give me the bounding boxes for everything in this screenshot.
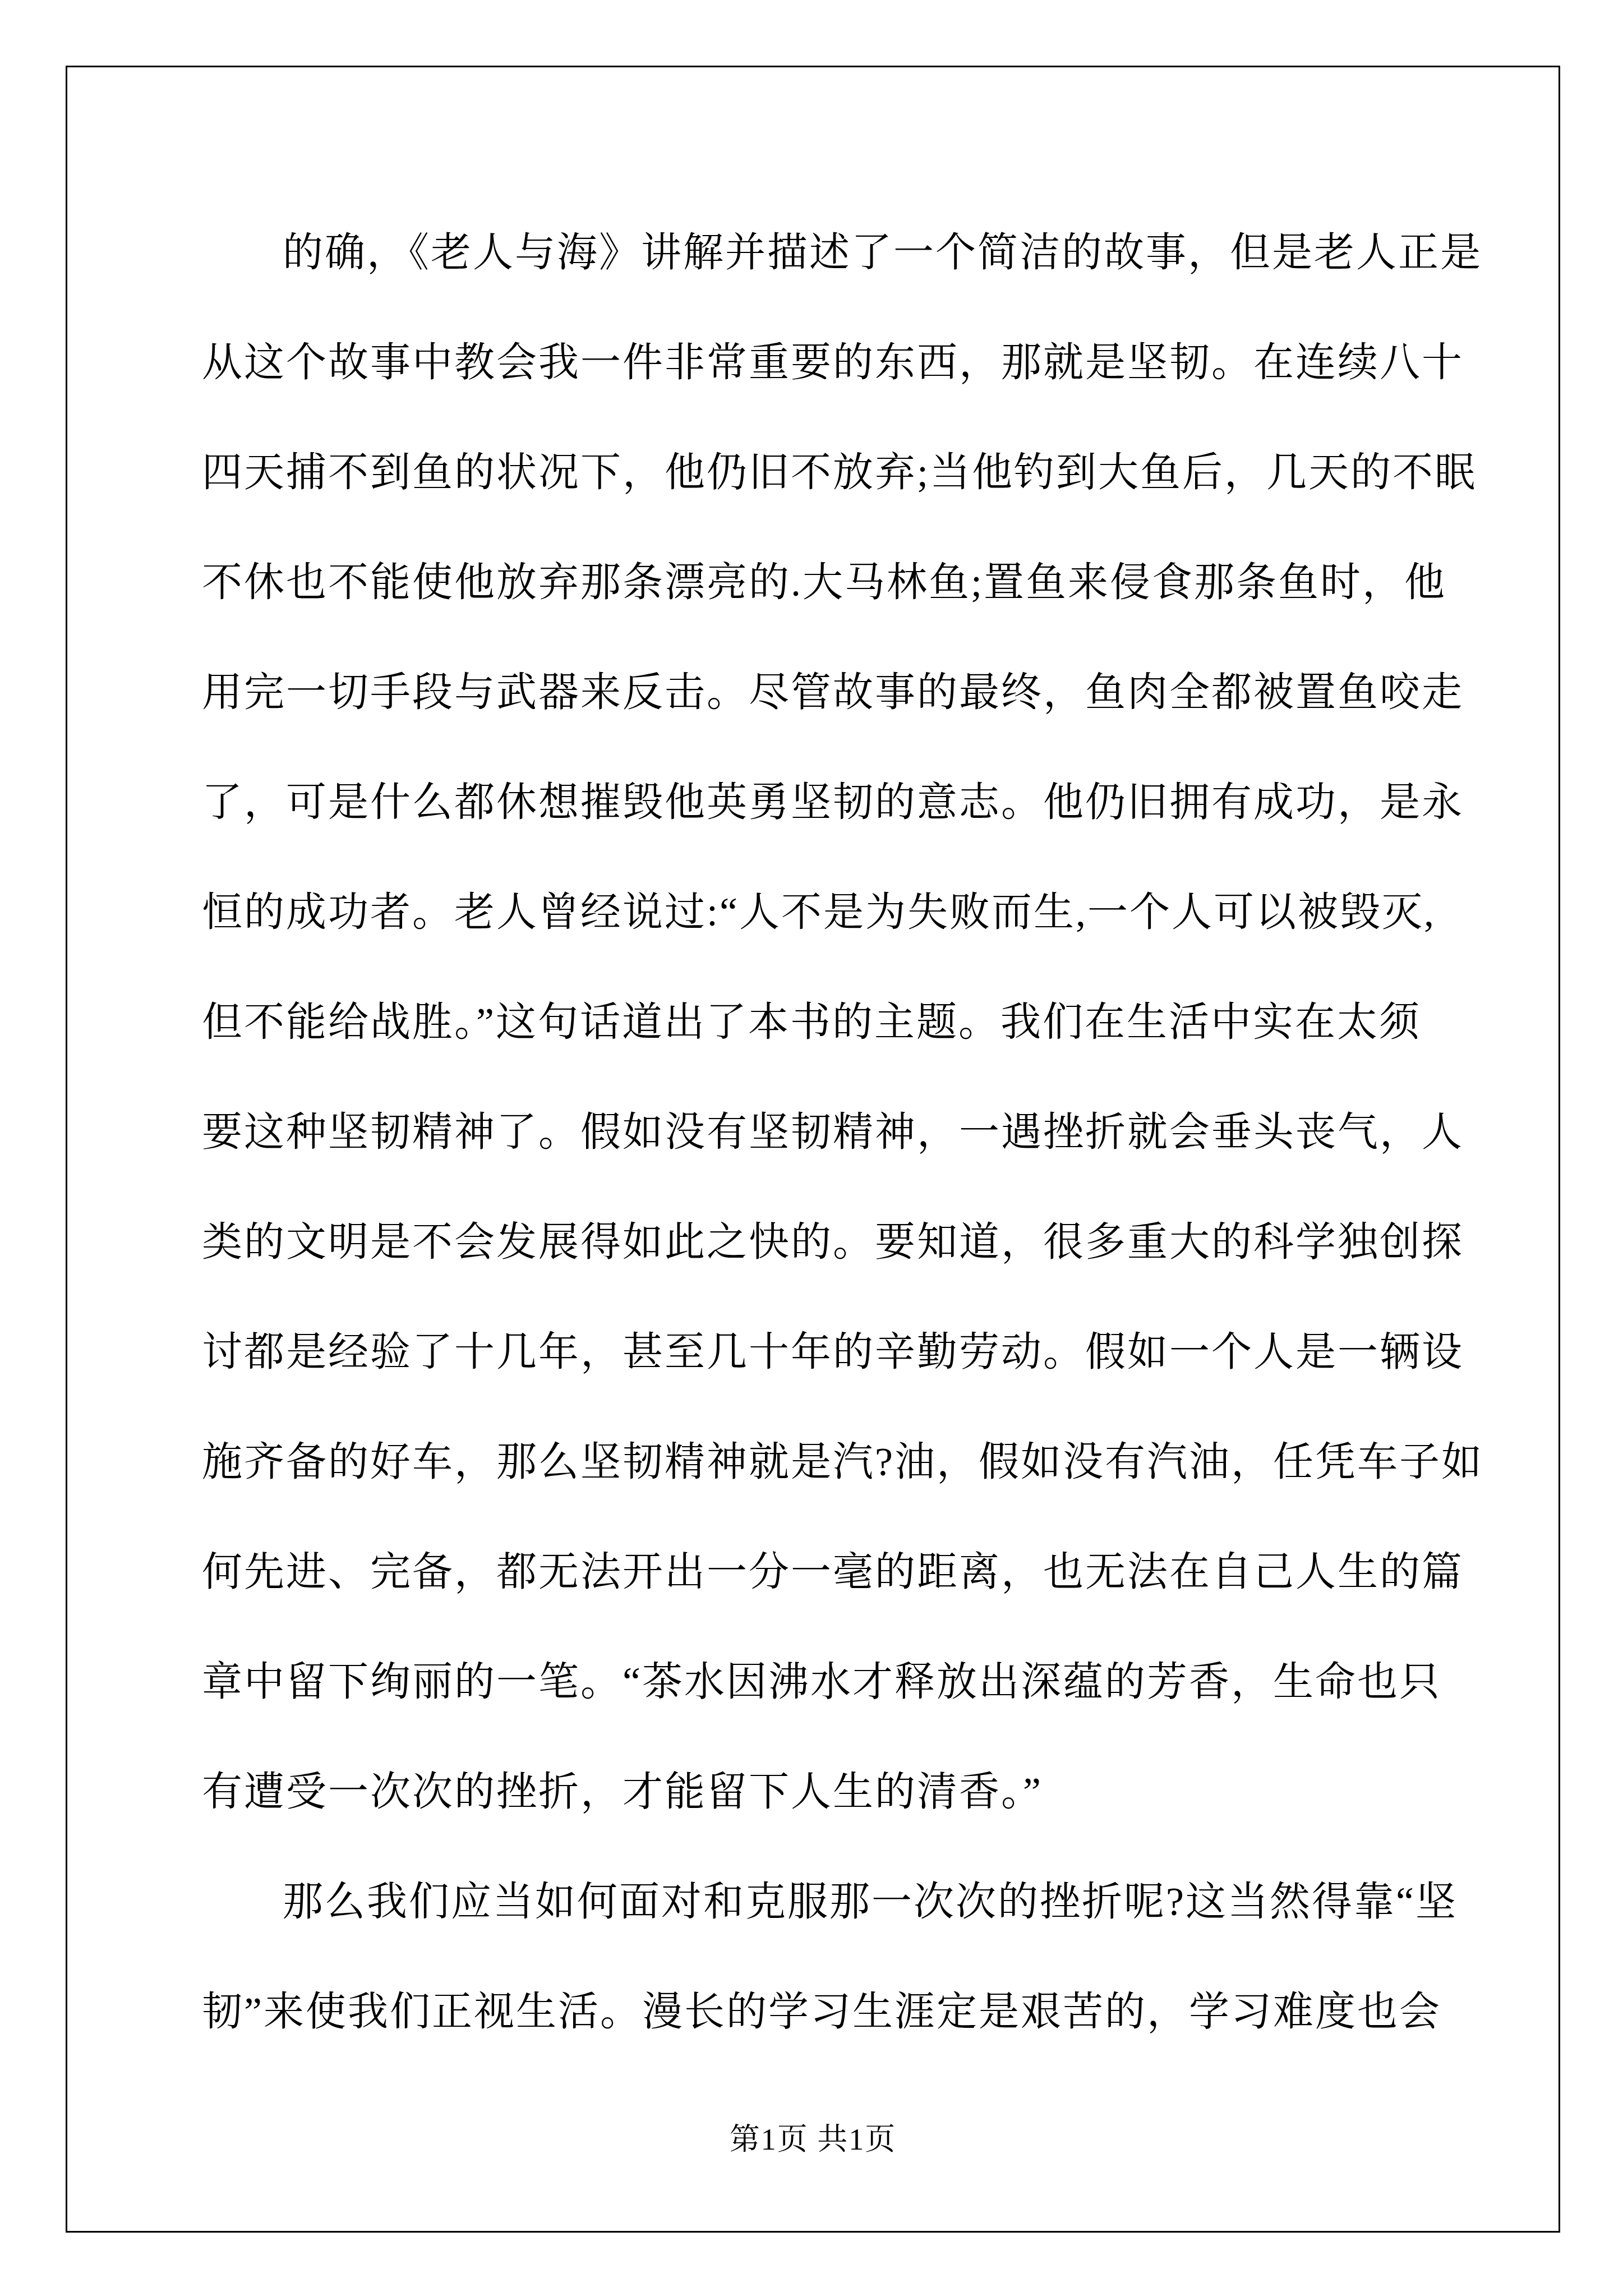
text-line-12: 施齐备的好车，那么坚韧精神就是汽?油，假如没有汽油，任凭车子如 [202,1407,1492,1517]
text-line-9: 要这种坚韧精神了。假如没有坚韧精神，一遇挫折就会垂头丧气，人 [202,1077,1492,1187]
text-line-1: 的确，《老人与海》讲解并描述了一个简洁的故事，但是老人正是 [202,197,1492,307]
essay-text-block: 的确，《老人与海》讲解并描述了一个简洁的故事，但是老人正是从这个故事中教会我一件… [202,197,1492,2067]
text-line-6: 了，可是什么都休想摧毁他英勇坚韧的意志。他仍旧拥有成功，是永 [202,747,1492,857]
document-page: { "page": { "background_color": "#ffffff… [0,0,1623,2296]
text-line-16: 那么我们应当如何面对和克服那一次次的挫折呢?这当然得靠“坚 [202,1847,1492,1957]
text-line-4: 不休也不能使他放弃那条漂亮的.大马林鱼;置鱼来侵食那条鱼时，他 [202,527,1492,637]
text-line-17: 韧”来使我们正视生活。漫长的学习生涯定是艰苦的，学习难度也会 [202,1957,1492,2067]
text-line-15: 有遭受一次次的挫折，才能留下人生的清香。” [202,1737,1492,1847]
page-number-label: 第1页 共1页 [730,2123,897,2156]
text-line-5: 用完一切手段与武器来反击。尽管故事的最终，鱼肉全都被置鱼咬走 [202,637,1492,747]
text-line-3: 四天捕不到鱼的状况下，他仍旧不放弃;当他钓到大鱼后，几天的不眠 [202,417,1492,527]
text-line-2: 从这个故事中教会我一件非常重要的东西，那就是坚韧。在连续八十 [202,307,1492,417]
text-line-8: 但不能给战胜。”这句话道出了本书的主题。我们在生活中实在太须 [202,967,1492,1077]
text-line-13: 何先进、完备，都无法开出一分一毫的距离，也无法在自己人生的篇 [202,1517,1492,1627]
text-line-11: 讨都是经验了十几年，甚至几十年的辛勤劳动。假如一个人是一辆设 [202,1297,1492,1407]
text-line-10: 类的文明是不会发展得如此之快的。要知道，很多重大的科学独创探 [202,1187,1492,1297]
text-line-14: 章中留下绚丽的一笔。“茶水因沸水才释放出深蕴的芳香，生命也只 [202,1627,1492,1737]
page-footer: 第1页 共1页 [66,2119,1560,2160]
text-line-7: 恒的成功者。老人曾经说过:“人不是为失败而生,一个人可以被毁灭, [202,857,1492,967]
